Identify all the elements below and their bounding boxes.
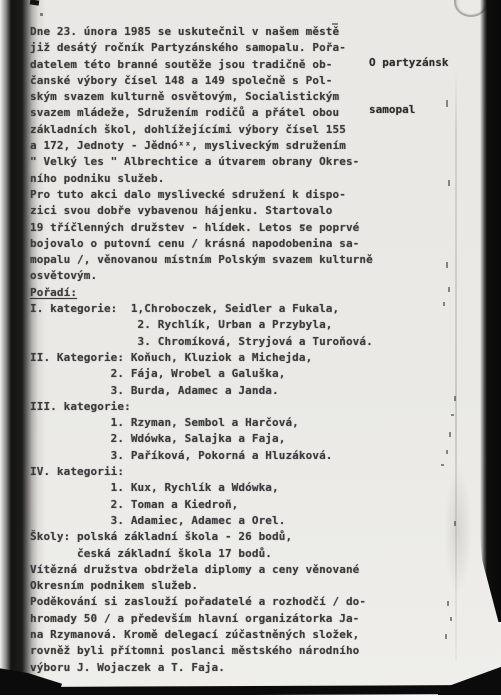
text-line: svazem mládeže, Sdružením rodičů a přáte…	[30, 105, 373, 121]
scan-speck	[300, 224, 305, 226]
text-line: výboru J. Wojaczek a T. Faja.	[30, 660, 373, 676]
scanned-document-page: Dne 23. února 1985 se uskutečnil v našem…	[0, 0, 501, 700]
text-line: čanské výbory čísel 148 a 149 společně s…	[30, 73, 373, 89]
scan-speck	[448, 180, 450, 186]
scan-smudge	[444, 466, 472, 594]
text-line: 1. Rzyman, Sembol a Harčová,	[30, 415, 373, 431]
text-line: Okresním podnikem služeb.	[30, 578, 373, 594]
scan-speck	[450, 617, 452, 621]
scan-speck	[445, 634, 447, 639]
text-line: mopalu /, věnovanou místním Polským svaz…	[30, 252, 373, 268]
scan-speck	[441, 464, 444, 466]
scan-speck	[332, 23, 338, 25]
text-line: 2. Wdówka, Salajka a Faja,	[30, 431, 373, 447]
scan-bottom-edge	[0, 695, 501, 700]
margin-note-line1: O partyzánsk	[369, 55, 448, 71]
scan-speck	[449, 432, 451, 437]
text-line: 3. Chromíková, Stryjová a Turoňová.	[30, 334, 373, 350]
text-line: česká základní škola 17 bodů.	[30, 546, 373, 562]
text-line: ního podniku služeb.	[30, 171, 373, 187]
text-line: 1. Kux, Rychlík a Wdówka,	[30, 480, 373, 496]
text-line: 2. Fája, Wrobel a Galuška,	[30, 366, 373, 382]
text-line: 2. Rychlík, Urban a Przybyla,	[30, 317, 373, 333]
text-line: Dne 23. února 1985 se uskutečnil v našem…	[30, 24, 373, 40]
typewritten-text: Dne 23. února 1985 se uskutečnil v našem…	[30, 24, 373, 676]
scan-speck	[448, 287, 450, 292]
margin-note: O partyzánsk samopal	[369, 24, 448, 148]
text-line: 19 tříčlenných družstev - hlídek. Letos …	[30, 220, 373, 236]
text-line: II. Kategorie: Koňuch, Kluziok a Michejd…	[30, 350, 373, 366]
text-line: a 172, Jednoty - Jědnóˣˣ, mysliveckým sd…	[30, 138, 373, 154]
scan-speck	[443, 302, 445, 306]
text-line: hromady 50 / a především hlavní organizá…	[30, 611, 373, 627]
text-line: již desátý ročník Partyzánského samopalu…	[30, 40, 373, 56]
text-line: základních škol, dohlížejícími výbory čí…	[30, 122, 373, 138]
scan-right-edge-black-strip	[480, 0, 501, 622]
text-line: Pro tuto akci dalo myslivecké sdružení k…	[30, 187, 373, 203]
text-line: I. kategorie: 1,Chroboczek, Seidler a Fu…	[30, 301, 373, 317]
text-line: bojovalo o putovní cenu / krásná napodob…	[30, 236, 373, 252]
text-line: zici svou dobře vybavenou hájenku. Start…	[30, 203, 373, 219]
text-line: na Rzymanová. Kromě delegací zúčastněnýc…	[30, 627, 373, 643]
text-line: Vítězná družstva obdržela diplomy a ceny…	[30, 562, 373, 578]
margin-note-line2: samopal	[369, 102, 448, 118]
scan-speck	[454, 396, 456, 401]
scan-speck	[447, 601, 449, 606]
scan-speck	[446, 450, 448, 454]
scan-speck	[454, 521, 456, 526]
text-line: 3. Burda, Adamec a Janda.	[30, 383, 373, 399]
text-line: " Velký les " Albrechtice a útvarem obra…	[30, 154, 373, 170]
scan-speck	[40, 13, 43, 16]
scan-speck	[451, 414, 454, 416]
text-line: ským svazem kulturně osvětovým, Socialis…	[30, 89, 373, 105]
text-line: IV. kategorii:	[30, 464, 373, 480]
text-line: Pořadí:	[30, 285, 373, 301]
scan-speck	[446, 100, 448, 107]
text-line: rovněž byli přítomni poslanci městského …	[30, 643, 373, 659]
text-line: III. kategorie:	[30, 399, 373, 415]
text-line: Školy: polská základní škola - 26 bodů,	[30, 529, 373, 545]
text-line: datelem této branné soutěže jsou tradičn…	[30, 57, 373, 73]
text-line: 3. Adamiec, Adamec a Orel.	[30, 513, 373, 529]
scan-speck	[446, 262, 448, 268]
text-line: 3. Paříková, Pokorná a Hluzáková.	[30, 448, 373, 464]
text-line: osvětovým.	[30, 268, 373, 284]
text-line: Poděkování si zaslouží pořadatelé a rozh…	[30, 594, 373, 610]
text-line: 2. Toman a Kiedroň,	[30, 497, 373, 513]
